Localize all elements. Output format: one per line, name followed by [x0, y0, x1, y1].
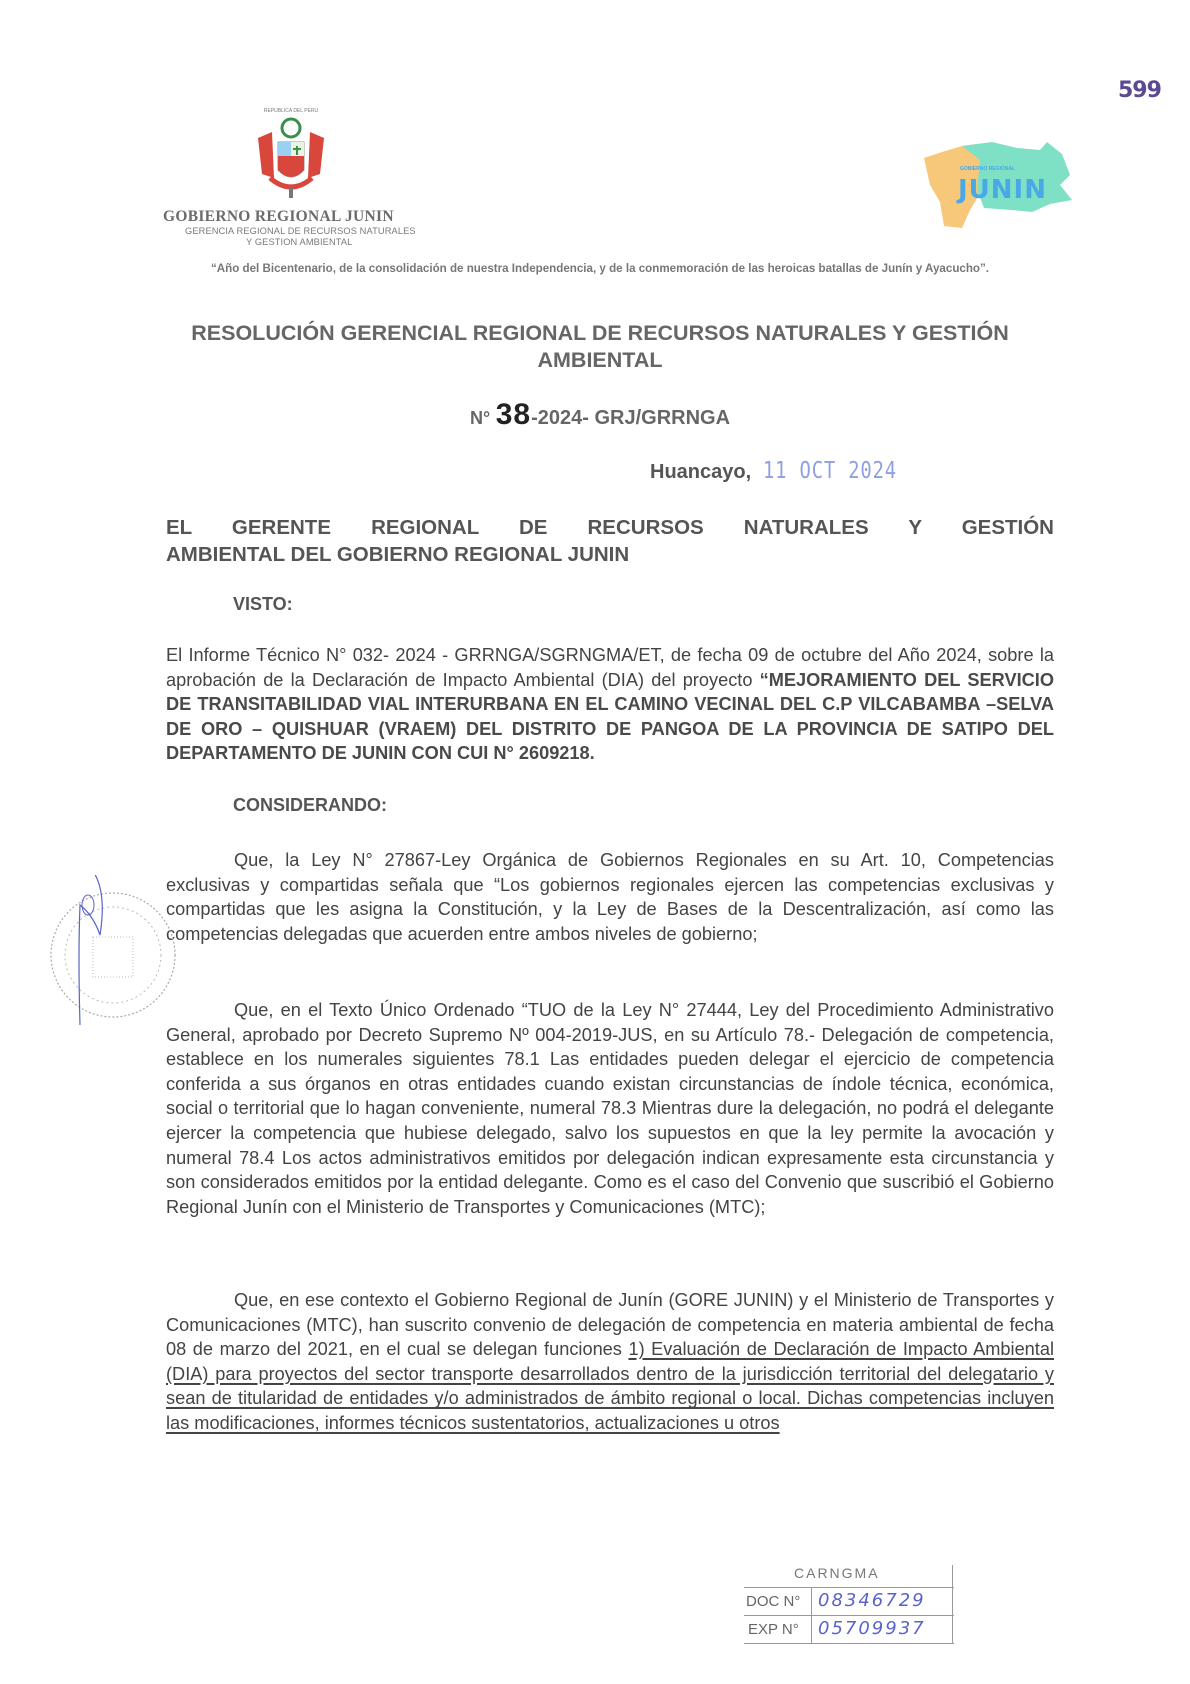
official-seal-icon [38, 875, 188, 1025]
coat-of-arms-icon: REPUBLICA DEL PERU [250, 108, 332, 204]
place: Huancayo, [650, 461, 751, 483]
paragraph-text: Que, en el Texto Único Ordenado “TUO de … [166, 1000, 1054, 1217]
authority-line-2: AMBIENTAL DEL GOBIERNO REGIONAL JUNIN [166, 543, 629, 566]
resolution-title: RESOLUCIÓN GERENCIAL REGIONAL DE RECURSO… [150, 320, 1050, 374]
department-line-1: GERENCIA REGIONAL DE RECURSOS NATURALES [185, 226, 428, 237]
considerando-paragraph-2: Que, en el Texto Único Ordenado “TUO de … [166, 998, 1054, 1219]
exp-value: 05709937 [818, 1618, 926, 1639]
exp-label: EXP N° [748, 1621, 799, 1638]
visto-heading: VISTO: [233, 594, 293, 615]
reception-stamp: CARNGMA DOC N° 08346729 EXP N° 05709937 [744, 1565, 954, 1645]
number-suffix: -2024- GRJ/GRRNGA [531, 407, 730, 429]
number-prefix: N° [470, 408, 490, 428]
resolution-number: N° 38-2024- GRJ/GRRNGA [150, 398, 1050, 432]
year-motto: “Año del Bicentenario, de la consolidaci… [150, 262, 1050, 276]
stamp-title: CARNGMA [794, 1565, 880, 1581]
organization-name: GOBIERNO REGIONAL JUNIN [163, 208, 428, 226]
considerando-paragraph-1: Que, la Ley N° 27867-Ley Orgánica de Gob… [166, 848, 1054, 946]
coat-motto: REPUBLICA DEL PERU [258, 108, 324, 114]
considerando-paragraph-3: Que, en ese contexto el Gobierno Regiona… [166, 1288, 1054, 1436]
authority-line-1: EL GERENTE REGIONAL DE RECURSOS NATURALE… [166, 514, 1054, 541]
department-line-2: Y GESTION AMBIENTAL [246, 237, 428, 248]
organization-block: GOBIERNO REGIONAL JUNIN GERENCIA REGIONA… [163, 208, 428, 248]
issuing-authority: EL GERENTE REGIONAL DE RECURSOS NATURALE… [166, 514, 1054, 568]
date-stamp: 11 OCT 2024 [763, 458, 897, 484]
page-number: 599 [1118, 78, 1161, 103]
doc-label: DOC N° [746, 1593, 800, 1610]
number-value: 38 [496, 398, 531, 431]
place-date: Huancayo, 11 OCT 2024 [650, 458, 926, 484]
logo-text: JUNIN [958, 175, 1047, 205]
paragraph-text: Que, la Ley N° 27867-Ley Orgánica de Gob… [166, 850, 1054, 944]
considerando-heading: CONSIDERANDO: [233, 795, 387, 816]
visto-paragraph: El Informe Técnico N° 032- 2024 - GRRNGA… [166, 643, 1054, 766]
doc-value: 08346729 [818, 1590, 926, 1611]
logo-small-text: GOBIERNO REGIONAL [960, 166, 1015, 172]
junin-logo: GOBIERNO REGIONAL JUNIN [922, 140, 1072, 235]
